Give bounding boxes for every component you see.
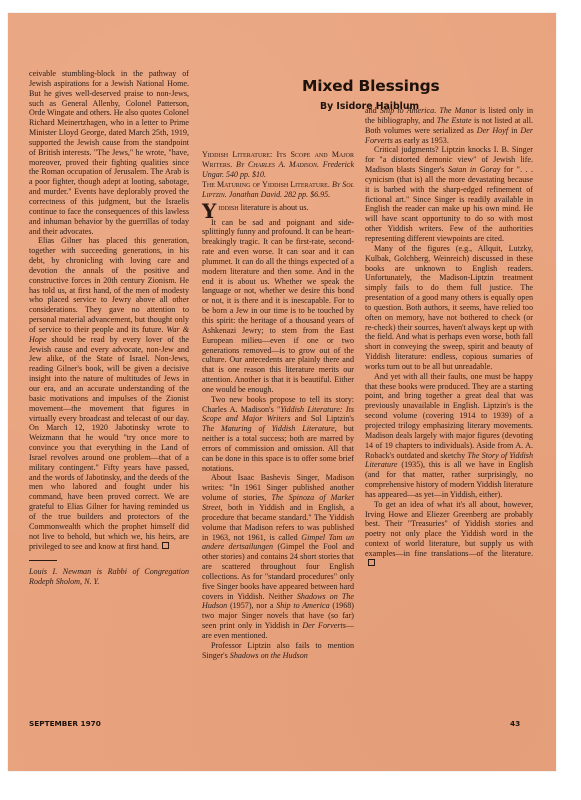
book-listing: Yiddish Literature: Its Scope and Major … [202,150,354,180]
right-column: and Ship to America. The Manor is listed… [365,106,533,569]
paragraph: and Ship to America. The Manor is listed… [365,106,533,145]
author-footnote: Louis I. Newman is Rabbi of Congregation… [29,567,189,587]
paragraph: It can be sad and poignant and side-spli… [202,218,354,395]
paragraph: Critical judgments? Liptzin knocks I. B.… [365,145,533,243]
paragraph: Many of the figures (e.g., Allquit, Lutz… [365,244,533,372]
footnote-divider [29,560,57,561]
article-title: Mixed Blessings [302,77,440,95]
paragraph: Professor Liptzin also fails to mention … [202,641,354,661]
left-column: ceivable stumbling-block in the pathway … [29,69,189,587]
magazine-page: ceivable stumbling-block in the pathway … [8,13,556,771]
paragraph: And yet with all their faults, one must … [365,372,533,500]
middle-column: Yiddish Literature: Its Scope and Major … [202,150,354,661]
end-mark-icon [368,559,375,566]
end-mark-icon [162,542,169,549]
paragraph: Two new books propose to tell its story:… [202,395,354,474]
drop-cap: Y [202,204,216,218]
paragraph: Elias Gilner has placed this generation,… [29,236,189,551]
book-listing: The Maturing of Yiddish Literature. By S… [202,180,354,200]
paragraph: About Isaac Bashevis Singer, Madison wri… [202,473,354,640]
lead-paragraph: Yiddish literature is about us. [202,203,354,213]
issue-date: SEPTEMBER 1970 [29,719,101,728]
paragraph: To get an idea of what it's all about, h… [365,500,533,569]
paragraph: ceivable stumbling-block in the pathway … [29,69,189,236]
page-number: 43 [510,719,520,728]
